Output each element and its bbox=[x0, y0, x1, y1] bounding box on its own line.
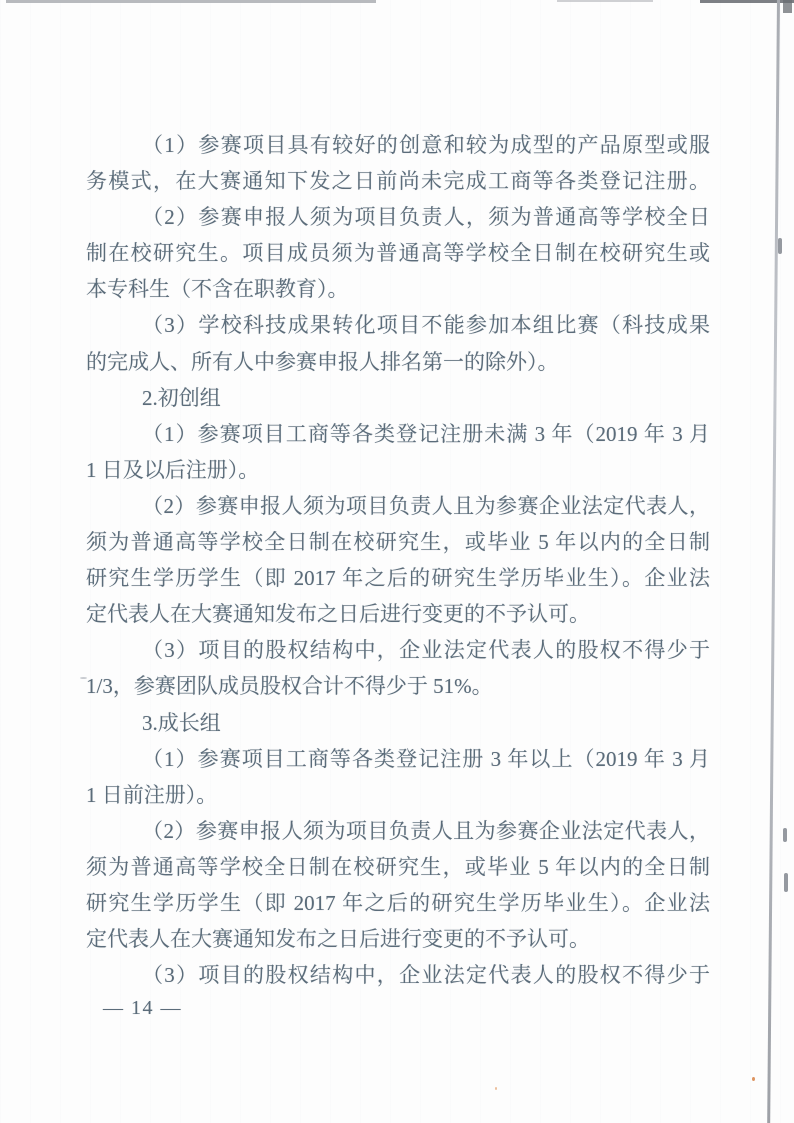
doc-line: （2）参赛申报人须为项目负责人且为参赛企业法定代表人， bbox=[86, 813, 710, 849]
doc-line: （3）项目的股权结构中，企业法定代表人的股权不得少于 bbox=[86, 632, 710, 668]
doc-line: 本专科生（不含在职教育）。 bbox=[86, 271, 710, 307]
scan-edge-artifact-top bbox=[557, 0, 653, 2]
scan-edge-artifact-right bbox=[784, 873, 788, 892]
doc-line: 制在校研究生。项目成员须为普通高等学校全日制在校研究生或 bbox=[86, 235, 710, 271]
doc-line: （3）学校科技成果转化项目不能参加本组比赛（科技成果 bbox=[86, 307, 710, 343]
page-number: — 14 — bbox=[103, 997, 182, 1020]
scan-edge-artifact-top bbox=[6, 0, 376, 3]
doc-line: 定代表人在大赛通知发布之日后进行变更的不予认可。 bbox=[86, 596, 710, 632]
scan-edge-artifact-right bbox=[783, 828, 787, 842]
doc-line: 1 日及以后注册）。 bbox=[86, 452, 710, 488]
doc-line: 研究生学历学生（即 2017 年之后的研究生学历毕业生）。企业法 bbox=[86, 885, 710, 921]
group-heading: 3.成长组 bbox=[86, 705, 710, 741]
scan-edge-artifact-top bbox=[700, 0, 794, 3]
group-heading: 2.初创组 bbox=[86, 380, 710, 416]
doc-line: （1）参赛项目工商等各类登记注册未满 3 年（2019 年 3 月 bbox=[86, 416, 710, 452]
document-page: （1）参赛项目具有较好的创意和较为成型的产品原型或服 务模式，在大赛通知下发之日… bbox=[0, 0, 794, 1123]
scan-speck bbox=[752, 1077, 755, 1081]
doc-line: （1）参赛项目具有较好的创意和较为成型的产品原型或服 bbox=[86, 127, 710, 163]
doc-line: （3）项目的股权结构中，企业法定代表人的股权不得少于 bbox=[86, 957, 710, 993]
scan-edge-artifact-right bbox=[767, 0, 779, 1123]
doc-line: 定代表人在大赛通知发布之日后进行变更的不予认可。 bbox=[86, 921, 710, 957]
doc-line: 的完成人、所有人中参赛申报人排名第一的除外）。 bbox=[86, 344, 710, 380]
scan-edge-artifact-right bbox=[778, 238, 782, 254]
doc-line: （1）参赛项目工商等各类登记注册 3 年以上（2019 年 3 月 bbox=[86, 741, 710, 777]
doc-line: （2）参赛申报人须为项目负责人，须为普通高等学校全日 bbox=[86, 199, 710, 235]
scan-speck bbox=[495, 1087, 497, 1090]
doc-line: 须为普通高等学校全日制在校研究生，或毕业 5 年以内的全日制 bbox=[86, 524, 710, 560]
scan-corner-artifact bbox=[783, 0, 792, 13]
doc-line: （2）参赛申报人须为项目负责人且为参赛企业法定代表人， bbox=[86, 488, 710, 524]
doc-line: 1 日前注册）。 bbox=[86, 777, 710, 813]
doc-line: 研究生学历学生（即 2017 年之后的研究生学历毕业生）。企业法 bbox=[86, 560, 710, 596]
text-block: （1）参赛项目具有较好的创意和较为成型的产品原型或服 务模式，在大赛通知下发之日… bbox=[86, 127, 710, 993]
doc-line: 须为普通高等学校全日制在校研究生，或毕业 5 年以内的全日制 bbox=[86, 849, 710, 885]
doc-line: 1/3，参赛团队成员股权合计不得少于 51%。 bbox=[86, 668, 710, 704]
doc-line: 务模式，在大赛通知下发之日前尚未完成工商等各类登记注册。 bbox=[86, 163, 710, 199]
